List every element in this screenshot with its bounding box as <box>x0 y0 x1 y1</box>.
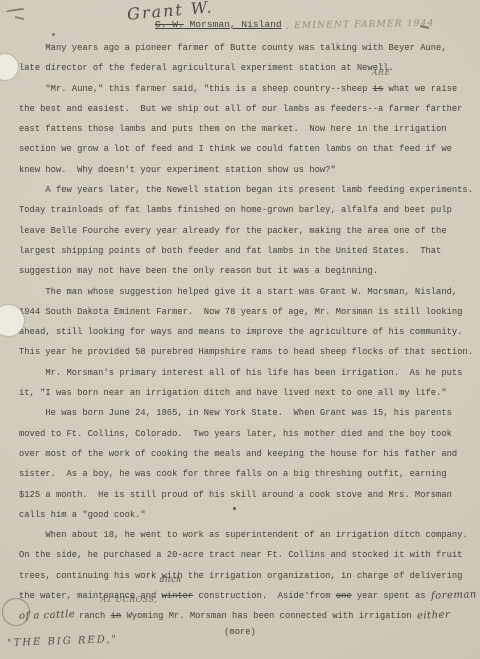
handwritten-edit: AT UCROSS,in <box>111 606 122 626</box>
handwritten-edit: ditchwinter <box>162 586 194 606</box>
typed-text: calls him a "good cook." <box>19 510 146 520</box>
typed-line: 1944 South Dakota Eminent Farmer. Now 78… <box>19 302 473 322</box>
typed-line: He was born June 24, 1865, in New York S… <box>19 403 473 423</box>
typed-text: Mr. Morsman's primary interest all of hi… <box>19 368 462 378</box>
typed-text: it, "I was born near an irrigation ditch… <box>19 388 447 398</box>
typed-text: A few years later, the Newell station be… <box>19 185 473 195</box>
typed-text: over most of the work of cooking the mea… <box>19 449 457 459</box>
typed-text: $125 a month. He is still proud of his s… <box>19 490 452 500</box>
handwritten-edit: AREis <box>373 79 384 99</box>
typed-text: Wyoming Mr. Morsman has been connected w… <box>121 611 417 621</box>
typed-line: the best and easiest. But we ship out al… <box>19 99 473 119</box>
handwritten-word: of a cattle <box>19 605 80 627</box>
typed-text: year spent as <box>352 591 431 601</box>
struck-text: is <box>373 84 384 94</box>
typed-line: leave Belle Fourche every year already f… <box>19 221 473 241</box>
typed-line: the water, maintenance and ditchwinter c… <box>19 586 473 606</box>
typed-line: suggestion may not have been the only re… <box>19 261 473 281</box>
document-page: Grant W. G. W. Morsman, Nisland, EMINENT… <box>0 0 480 659</box>
typed-line: The man whose suggestion helped give it … <box>19 282 473 302</box>
typed-line: over most of the work of cooking the mea… <box>19 444 473 464</box>
document-body: Many years ago a pioneer farmer of Butte… <box>19 38 473 627</box>
typed-line: of a cattle ranch AT UCROSS,in Wyoming M… <box>19 606 473 626</box>
handwritten-insert: AT UCROSS, <box>101 595 158 604</box>
handwritten-insert: ARE <box>372 68 391 77</box>
typed-text: 1944 South Dakota Eminent Farmer. Now 78… <box>19 307 462 317</box>
typed-text: what we raise <box>383 84 457 94</box>
struck-text: winter <box>162 591 194 601</box>
handwritten-insert: ditch <box>160 575 182 584</box>
typed-line: $125 a month. He is still proud of his s… <box>19 485 473 505</box>
typed-line: Mr. Morsman's primary interest all of hi… <box>19 363 473 383</box>
pencil-mark <box>6 8 24 12</box>
pencil-title-annotation: , EMINENT FARMER 1944 <box>282 19 435 32</box>
typed-line: moved to Ft. Collins, Colorado. Two year… <box>19 424 473 444</box>
typed-text: suggestion may not have been the only re… <box>19 266 378 276</box>
typed-text: east fattens those lambs and puts them o… <box>19 124 447 134</box>
struck-text: one <box>336 591 352 601</box>
typed-text: Today trainloads of fat lambs finished o… <box>19 205 452 215</box>
hole-punch <box>0 54 18 80</box>
typed-line: knew how. Why doesn't your experiment st… <box>19 160 473 180</box>
typed-line: late director of the federal agricultura… <box>19 58 473 78</box>
typed-line: it, "I was born near an irrigation ditch… <box>19 383 473 403</box>
typed-line: section we grow a lot of feed and I thin… <box>19 139 473 159</box>
pencil-mark <box>52 33 55 36</box>
typed-line: trees, continuing his work with the irri… <box>19 566 473 586</box>
typed-text: He was born June 24, 1865, in New York S… <box>19 408 452 418</box>
typed-text: largest shipping points of both feeder a… <box>19 246 441 256</box>
typed-text: The man whose suggestion helped give it … <box>19 287 457 297</box>
typed-line: "Mr. Aune," this farmer said, "this is a… <box>19 79 473 99</box>
typed-line: calls him a "good cook." <box>19 505 473 525</box>
typed-text: "Mr. Aune," this farmer said, "this is a… <box>19 84 373 94</box>
struck-text: in <box>111 611 122 621</box>
typed-line: This year he provided 58 purebred Hampsh… <box>19 342 473 362</box>
typed-text: Many years ago a pioneer farmer of Butte… <box>19 43 447 53</box>
typed-line: ahead, still looking for ways and means … <box>19 322 473 342</box>
handwritten-word: either <box>416 606 450 627</box>
typed-text: ahead, still looking for ways and means … <box>19 327 462 337</box>
typed-text: construction. Aside from <box>193 591 336 601</box>
typed-line: largest shipping points of both feeder a… <box>19 241 473 261</box>
typed-line: Today trainloads of fat lambs finished o… <box>19 200 473 220</box>
typed-text: moved to Ft. Collins, Colorado. Two year… <box>19 429 452 439</box>
typed-text: On the side, he purchased a 20-acre trac… <box>19 550 462 560</box>
handwritten-word: foreman <box>430 585 476 607</box>
typed-line: Many years ago a pioneer farmer of Butte… <box>19 38 473 58</box>
typed-text: trees, continuing his work with the irri… <box>19 571 462 581</box>
typed-text: sister. As a boy, he was cook for three … <box>19 469 447 479</box>
typed-line: When about 18, he went to work as superi… <box>19 525 473 545</box>
typed-line: A few years later, the Newell station be… <box>19 180 473 200</box>
typed-text: section we grow a lot of feed and I thin… <box>19 144 452 154</box>
typed-text: ranch <box>79 611 111 621</box>
handwritten-edit: one <box>336 586 352 606</box>
pencil-mark <box>15 16 24 20</box>
document-title: G. W. Morsman, Nisland, EMINENT FARMER 1… <box>155 19 434 30</box>
typed-text: late director of the federal agricultura… <box>19 63 394 73</box>
typed-text: the best and easiest. But we ship out al… <box>19 104 462 114</box>
typed-line: east fattens those lambs and puts them o… <box>19 119 473 139</box>
typed-line: On the side, he purchased a 20-acre trac… <box>19 545 473 565</box>
typed-text: leave Belle Fourche every year already f… <box>19 226 447 236</box>
typed-line: sister. As a boy, he was cook for three … <box>19 464 473 484</box>
typed-text: This year he provided 58 purebred Hampsh… <box>19 347 473 357</box>
typed-text: When about 18, he went to work as superi… <box>19 530 468 540</box>
title-text: Morsman, Nisland <box>184 19 282 30</box>
title-struck-initials: G. W. <box>155 19 184 30</box>
typed-text: knew how. Why doesn't your experiment st… <box>19 165 336 175</box>
